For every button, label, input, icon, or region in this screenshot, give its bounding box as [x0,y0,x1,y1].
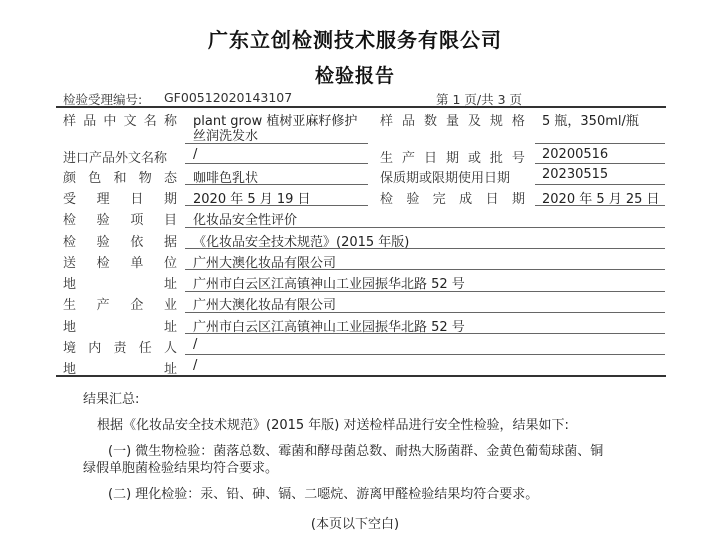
underline [185,291,665,292]
value-submitter-address: 广州市白云区江高镇神山工业园振华北路 52 号 [193,273,465,292]
label-submitter: 送检单位 [63,252,177,271]
report-title: 检验报告 [0,61,710,88]
company-name: 广东立创检测技术服务有限公司 [0,24,710,53]
table-bottom-divider [56,375,666,377]
underline [185,205,368,206]
label-color-state: 颜色和物态 [63,167,177,186]
underline [185,354,665,355]
value-manufacturer: 广州大澳化妆品有限公司 [193,294,336,313]
value-production-date: 20200516 [542,147,608,162]
value-sample-cn-name-2: 丝润洗发水 [193,125,258,144]
label-sample-qty-spec: 样品数量及规格 [380,110,525,129]
underline [535,184,665,185]
underline [535,205,665,206]
summary-title: 结果汇总: [83,388,139,407]
label-sample-cn-name: 样品中文名称 [63,110,177,129]
label-accept-date: 受理日期 [63,188,177,207]
value-import-foreign-name: / [193,147,197,162]
value-shelf-life: 20230515 [542,167,608,182]
label-production-date: 生产日期或批号 [380,147,525,166]
summary-item1-line2: 绿假单胞菌检验结果均符合要求。 [83,457,278,476]
label-test-item: 检验项目 [63,209,177,228]
label-shelf-life: 保质期或限期使用日期 [380,167,525,186]
acceptance-number: GF00512020143107 [164,90,292,105]
underline [185,227,665,228]
label-manufacturer: 生产企业 [63,294,177,313]
value-sample-qty-spec: 5 瓶，350ml/瓶 [542,110,639,129]
blank-note: (本页以下空白) [0,513,710,532]
label-submitter-address: 地址 [63,273,177,292]
label-import-foreign-name: 进口产品外文名称 [63,147,177,166]
underline [185,269,665,270]
header-divider [56,106,666,108]
underline [185,163,368,164]
underline [185,184,368,185]
label-finish-date: 检验完成日期 [380,188,525,207]
underline [185,312,665,313]
label-manufacturer-address: 地址 [63,316,177,335]
value-domestic-address: / [193,358,197,373]
underline [185,248,665,249]
value-test-item: 化妆品安全性评价 [193,209,297,228]
underline [535,143,665,144]
summary-intro: 根据《化妆品安全技术规范》(2015 年版) 对送检样品进行安全性检验，结果如下… [97,414,569,433]
value-domestic-responsible: / [193,337,197,352]
underline [535,163,665,164]
label-test-basis: 检验依据 [63,231,177,250]
summary-item2: (二) 理化检验：汞、铅、砷、镉、二噁烷、游离甲醛检验结果均符合要求。 [108,483,538,502]
label-domestic-responsible: 境内责任人 [63,337,177,356]
underline [185,143,368,144]
underline [185,333,665,334]
